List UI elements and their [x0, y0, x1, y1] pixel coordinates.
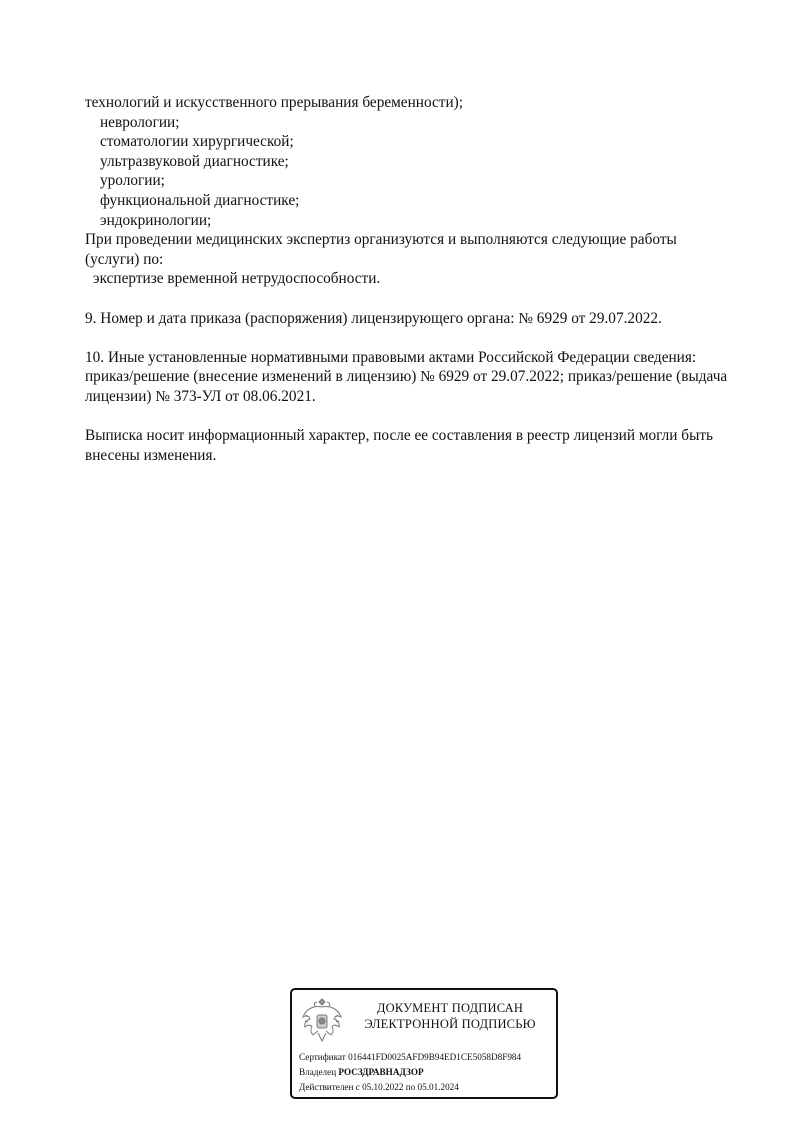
list-item: функциональной диагностике;: [85, 191, 775, 211]
text-line: (услуги) по:: [85, 250, 775, 270]
document-page: технологий и искусственного прерывания б…: [85, 93, 775, 465]
list-item: ультразвуковой диагностике;: [85, 152, 775, 172]
russian-coat-of-arms-icon: [300, 995, 344, 1045]
stamp-title: ДОКУМЕНТ ПОДПИСАН ЭЛЕКТРОННОЙ ПОДПИСЬЮ: [350, 1000, 550, 1032]
list-item: урологии;: [85, 171, 775, 191]
owner-value: РОСЗДРАВНАДЗОР: [338, 1067, 423, 1077]
section-9: 9. Номер и дата приказа (распоряжения) л…: [85, 309, 775, 329]
stamp-info: Сертификат 016441FD0025AFD9B94ED1CE5058D…: [299, 1050, 521, 1095]
text-line: технологий и искусственного прерывания б…: [85, 93, 775, 113]
section-10-line: лицензии) № 373-УЛ от 08.06.2021.: [85, 387, 775, 407]
list-item: стоматологии хирургической;: [85, 132, 775, 152]
section-10-line: приказ/решение (внесение изменений в лиц…: [85, 367, 775, 387]
validity-value: с 05.10.2022 по 05.01.2024: [356, 1082, 459, 1092]
section-10-line: 10. Иные установленные нормативными прав…: [85, 348, 775, 368]
disclaimer-line: Выписка носит информационный характер, п…: [85, 426, 775, 446]
validity-row: Действителен с 05.10.2022 по 05.01.2024: [299, 1080, 521, 1095]
electronic-signature-stamp: ДОКУМЕНТ ПОДПИСАН ЭЛЕКТРОННОЙ ПОДПИСЬЮ С…: [290, 988, 558, 1099]
list-item: неврологии;: [85, 113, 775, 133]
certificate-row: Сертификат 016441FD0025AFD9B94ED1CE5058D…: [299, 1050, 521, 1065]
owner-row: Владелец РОСЗДРАВНАДЗОР: [299, 1065, 521, 1080]
disclaimer-line: внесены изменения.: [85, 446, 775, 466]
text-line: При проведении медицинских экспертиз орг…: [85, 230, 775, 250]
certificate-value: 016441FD0025AFD9B94ED1CE5058D8F984: [348, 1052, 521, 1062]
list-item: экспертизе временной нетрудоспособности.: [85, 269, 775, 289]
list-item: эндокринологии;: [85, 211, 775, 231]
